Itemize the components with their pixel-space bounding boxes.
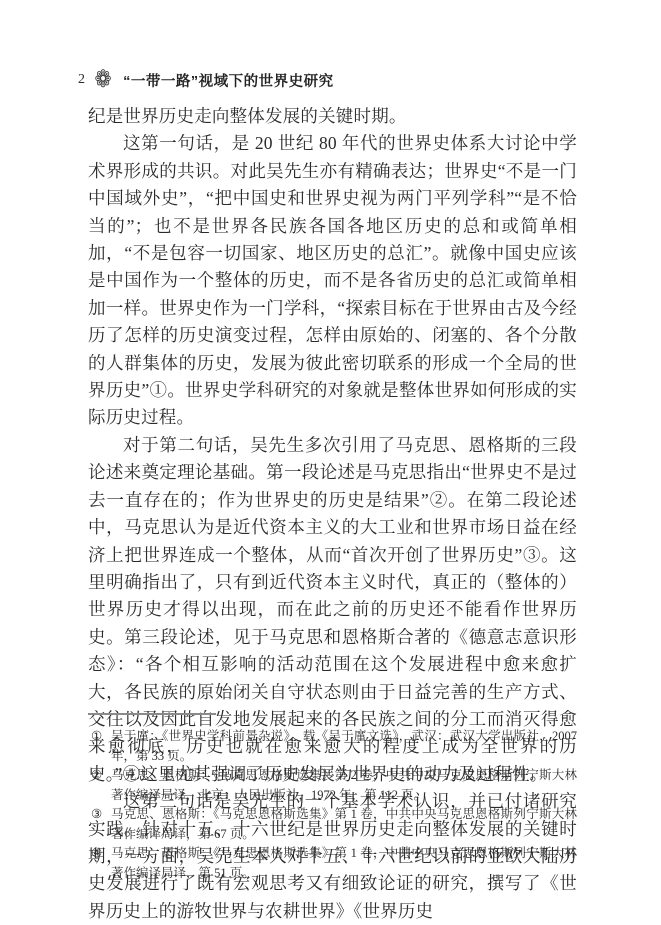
- floral-ornament-icon: ❁: [95, 68, 112, 92]
- page-header: 2 ❁ “一带一路”视域下的世界史研究: [78, 63, 334, 97]
- footnote-marker: ③: [88, 805, 111, 844]
- footnote-item-2: ② 马克思、恩格斯：《马克思恩格斯选集》第 2 卷，中共中央马克思恩格斯列宁斯大…: [88, 766, 577, 805]
- footnote-marker: ④: [88, 844, 111, 883]
- footnote-text: 马克思、恩格斯：《马克思恩格斯选集》第 2 卷，中共中央马克思恩格斯列宁斯大林著…: [111, 766, 577, 805]
- footnote-item-3: ③ 马克思、恩格斯：《马克思恩格斯选集》第 1 卷，中共中央马克思恩格斯列宁斯大…: [88, 805, 577, 844]
- footnote-item-1: ① 吴于廑：《世界史学科前景杂说》，载《吴于廑文选》，武汉：武汉大学出版社，20…: [88, 727, 577, 766]
- footnote-text: 吴于廑：《世界史学科前景杂说》，载《吴于廑文选》，武汉：武汉大学出版社，2007…: [111, 727, 577, 766]
- footnote-text: 马克思、恩格斯：《马克思恩格斯选集》第 1 卷，中共中央马克思恩格斯列宁斯大林著…: [111, 844, 577, 883]
- paragraph-continuation: 纪是世界历史走向整体发展的关键时期。: [88, 103, 577, 130]
- footnote-marker: ②: [88, 766, 111, 805]
- footnotes-section: ① 吴于廑：《世界史学科前景杂说》，载《吴于廑文选》，武汉：武汉大学出版社，20…: [88, 713, 577, 883]
- footnote-item-4: ④ 马克思、恩格斯：《马克思恩格斯选集》第 1 卷，中共中央马克思恩格斯列宁斯大…: [88, 844, 577, 883]
- footnote-text: 马克思、恩格斯：《马克思恩格斯选集》第 1 卷，中共中央马克思恩格斯列宁斯大林著…: [111, 805, 577, 844]
- paragraph-1: 这第一句话，是 20 世纪 80 年代的世界史体系大讨论中学术界形成的共识。对此…: [88, 130, 577, 431]
- document-page: 2 ❁ “一带一路”视域下的世界史研究 纪是世界历史走向整体发展的关键时期。 这…: [0, 0, 661, 925]
- footnote-marker: ①: [88, 727, 111, 766]
- footnote-separator: [88, 713, 216, 715]
- running-head-title: “一带一路”视域下的世界史研究: [123, 70, 334, 91]
- page-number: 2: [78, 72, 85, 88]
